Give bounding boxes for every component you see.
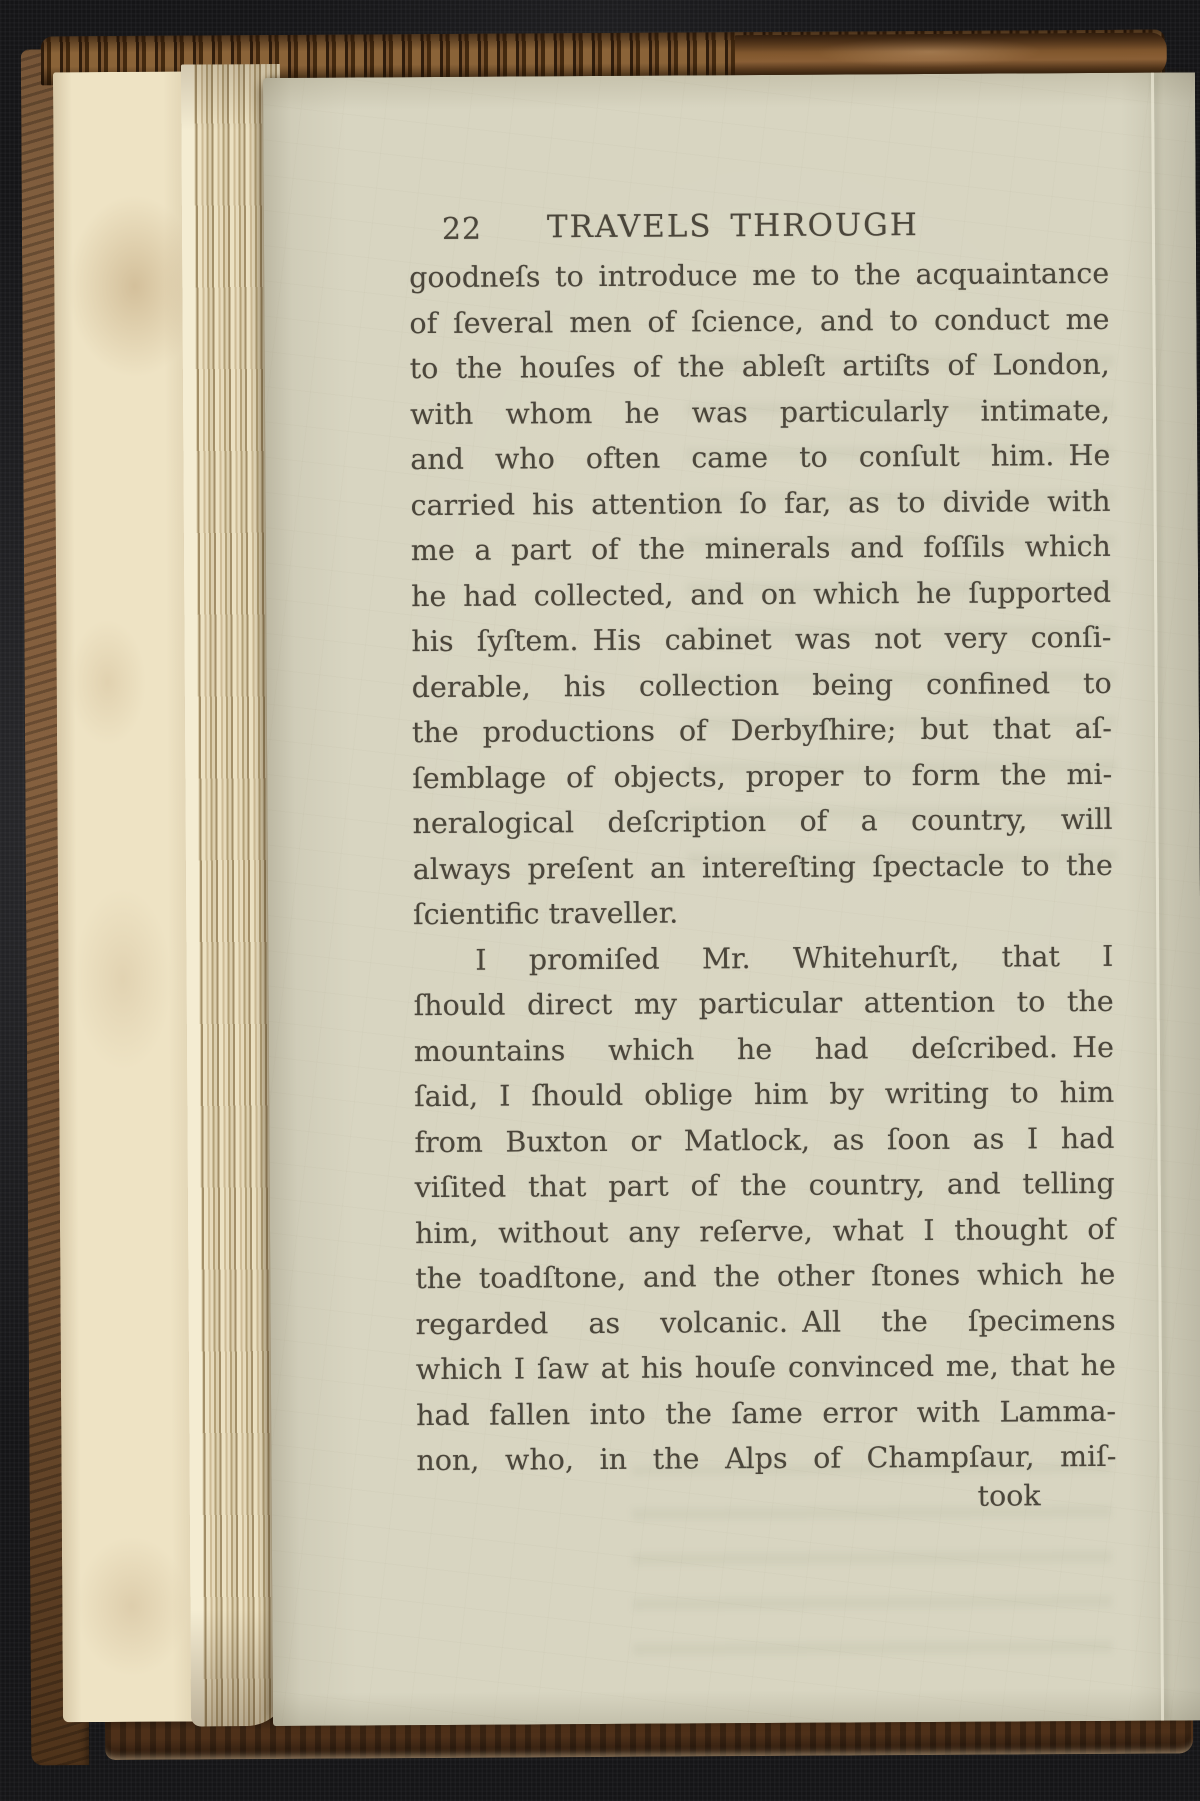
text-line: ſcientific traveller.	[413, 888, 1113, 938]
text-line: carried his attention ſo far, as to divi…	[410, 478, 1110, 528]
flyleaf-page	[53, 72, 197, 1723]
text-line: non, who, in the Alps of Champſaur, miſ-	[416, 1434, 1116, 1484]
catchword: took	[978, 1479, 1041, 1512]
book-page: 22 TRAVELS THROUGH goodneſs to introduce…	[263, 72, 1200, 1726]
text-line: always preſent an intereſting ſpectacle …	[413, 842, 1113, 892]
page-header: 22 TRAVELS THROUGH	[409, 206, 1109, 252]
text-line: with whom he was particularly intimate,	[410, 387, 1110, 437]
text-line: the productions of Derbyſhire; but that …	[412, 706, 1112, 756]
text-line: I promiſed Mr. Whitehurſt, that I	[413, 933, 1113, 983]
text-line: his ſyſtem. His cabinet was not very con…	[411, 615, 1111, 665]
running-title: TRAVELS THROUGH	[383, 206, 1083, 246]
text-line: viſited that part of the country, and te…	[415, 1161, 1115, 1211]
photo-background: 22 TRAVELS THROUGH goodneſs to introduce…	[0, 0, 1200, 1801]
text-line: regarded as volcanic. All the ſpecimens	[415, 1297, 1115, 1347]
text-line: to the houſes of the ableſt artiſts of L…	[410, 342, 1110, 392]
text-line: he had collected, and on which he ſuppor…	[411, 569, 1111, 619]
text-line: goodneſs to introduce me to the acquaint…	[409, 251, 1109, 301]
text-line: had fallen into the ſame error with Lamm…	[416, 1388, 1116, 1438]
page-crease	[1151, 73, 1164, 1721]
text-line: which I ſaw at his houſe convinced me, t…	[416, 1343, 1116, 1393]
text-line: the toadſtone, and the other ſtones whic…	[415, 1252, 1115, 1302]
text-line: him, without any reſerve, what I thought…	[415, 1206, 1115, 1256]
text-line: neralogical deſcription of a country, wi…	[412, 797, 1112, 847]
text-line: and who often came to conſult him. He	[410, 433, 1110, 483]
text-line: of ſeveral men of ſcience, and to conduc…	[409, 296, 1109, 346]
text-line: ſaid, I ſhould oblige him by writing to …	[414, 1070, 1114, 1120]
text-line: me a part of the minerals and foſſils wh…	[411, 524, 1111, 574]
text-line: ſhould direct my particular attention to…	[414, 979, 1114, 1029]
text-line: ſemblage of objects, proper to form the …	[412, 751, 1112, 801]
body-text: goodneſs to introduce me to the acquaint…	[409, 251, 1116, 1484]
text-line: from Buxton or Matlock, as ſoon as I had	[414, 1115, 1114, 1165]
text-line: derable, his collection being confined t…	[412, 660, 1112, 710]
catchword-row: took	[417, 1479, 1117, 1516]
text-line: mountains which he had deſcribed. He	[414, 1024, 1114, 1074]
book: 22 TRAVELS THROUGH goodneſs to introduce…	[0, 0, 1200, 1801]
